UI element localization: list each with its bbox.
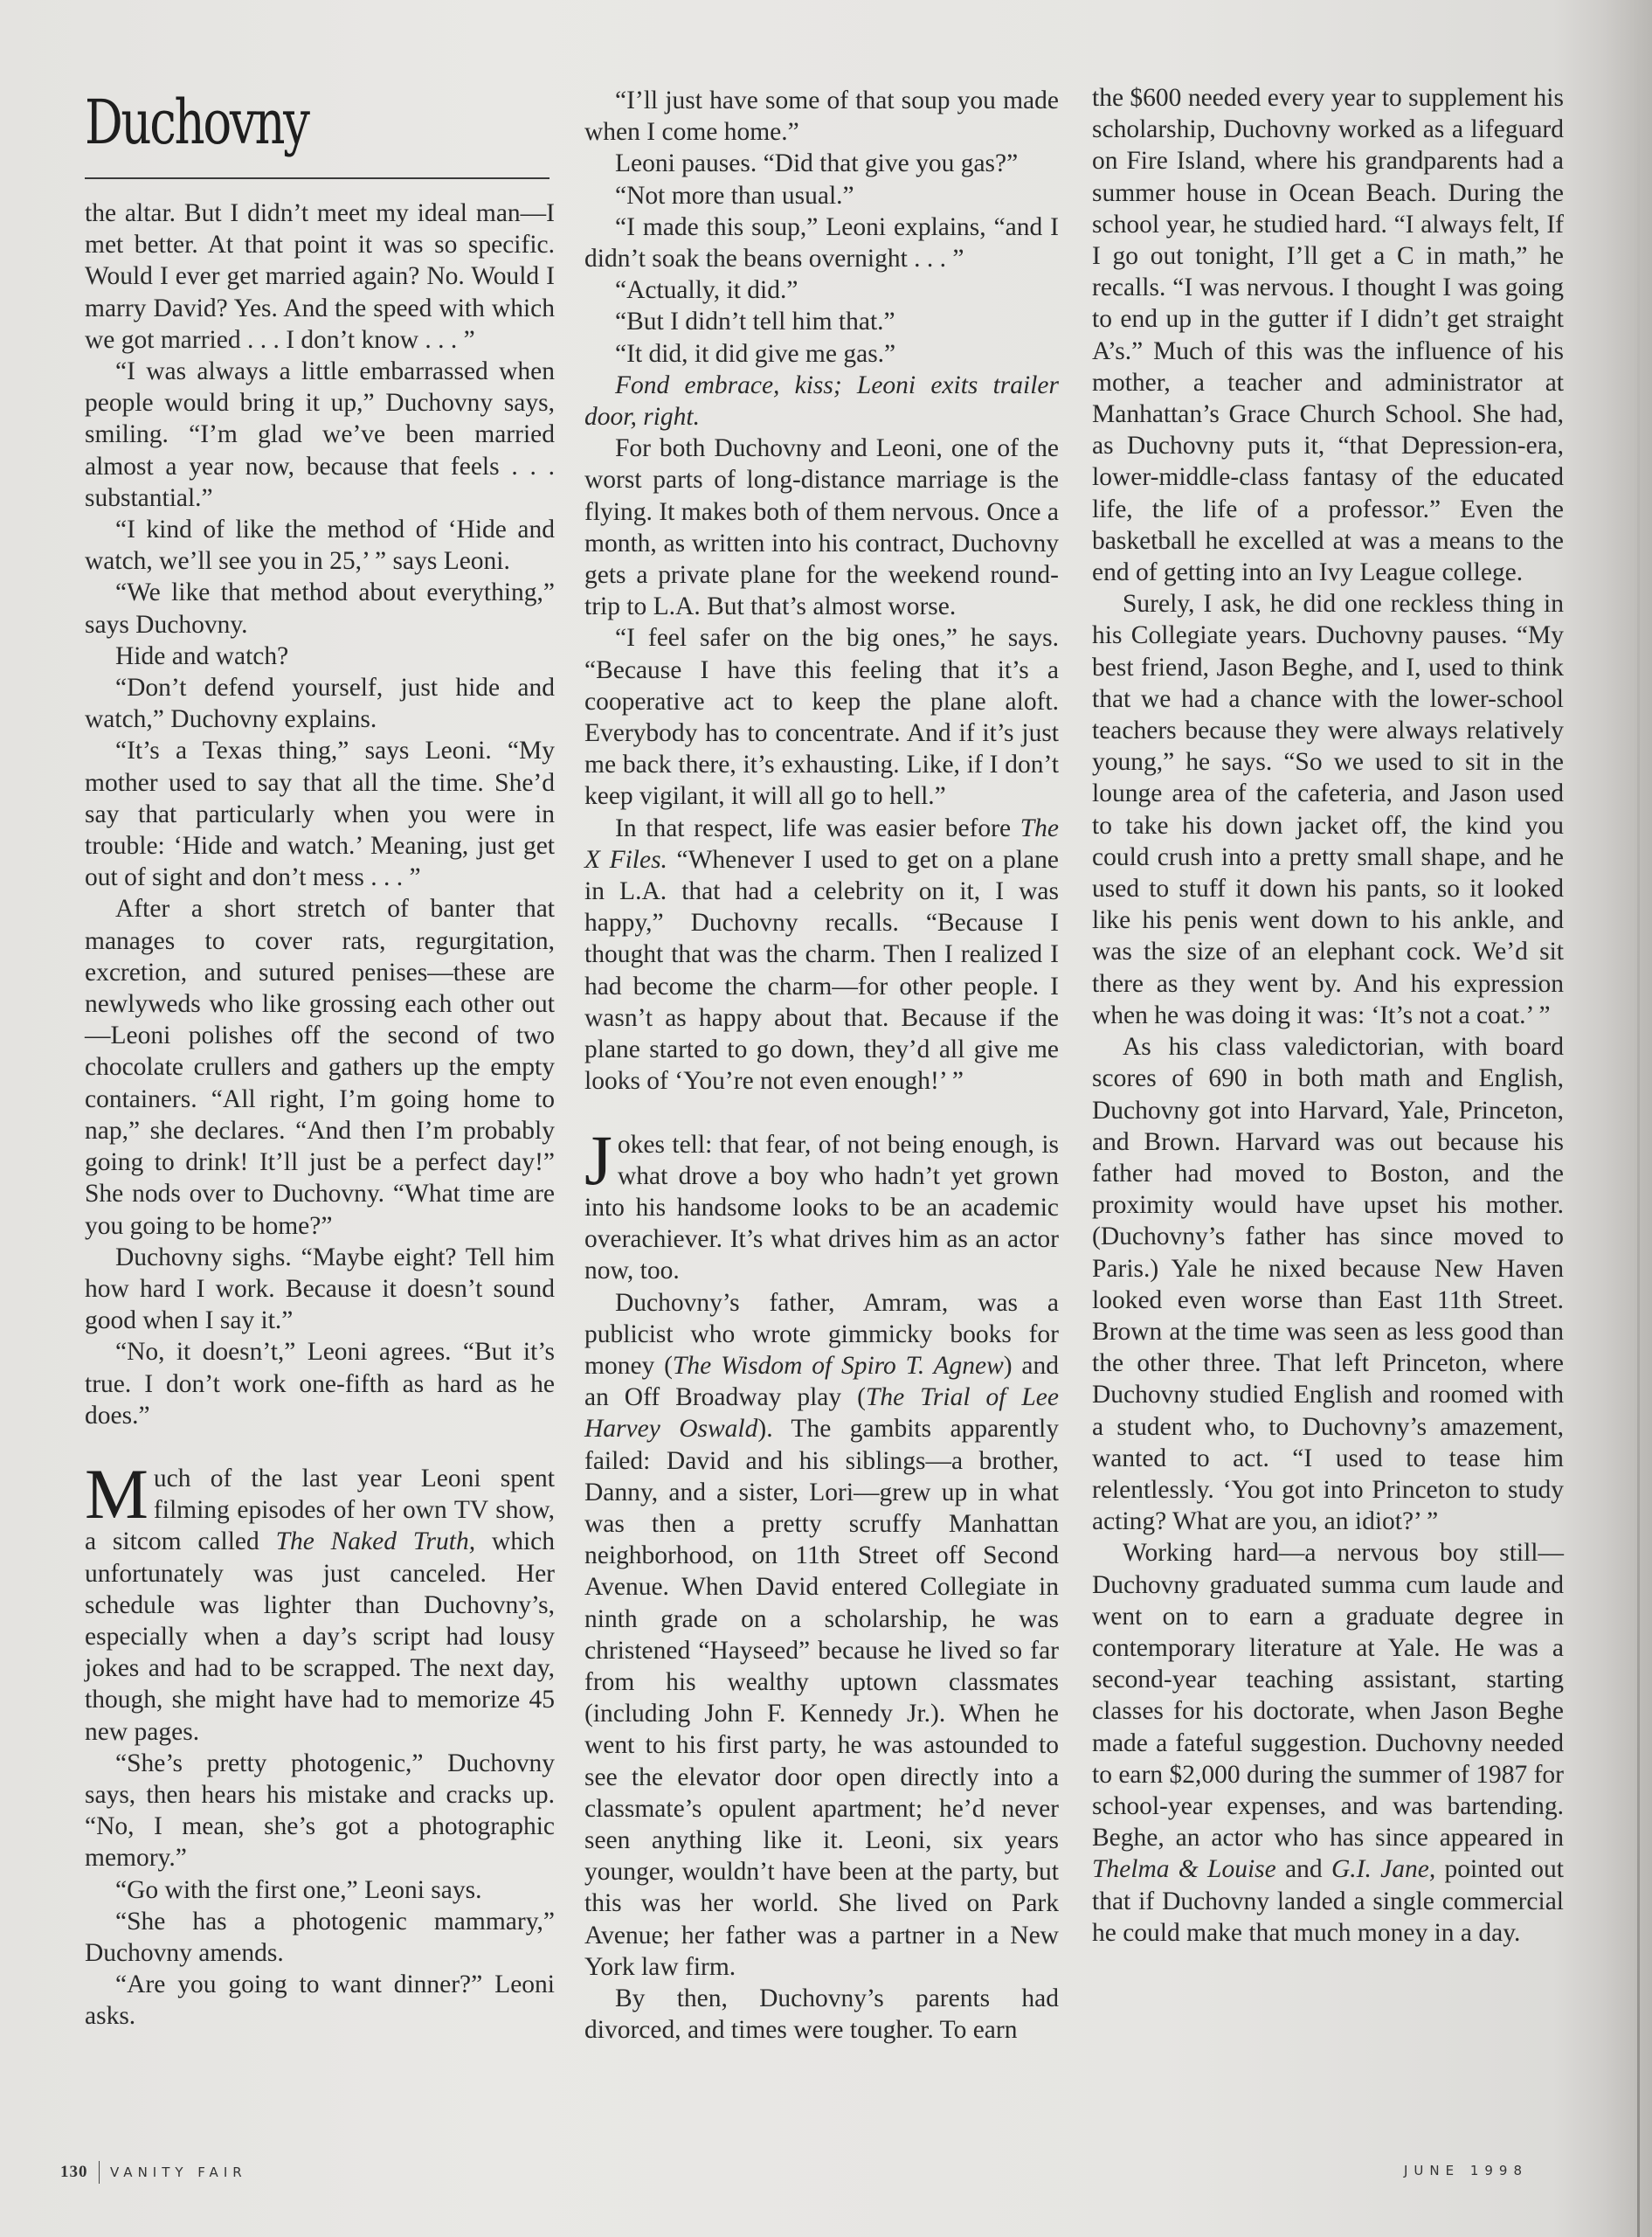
page-number: 130 [60, 2163, 88, 2182]
paragraph: “We like that method about everything,” … [85, 577, 555, 640]
paragraph: After a short stretch of banter that man… [85, 893, 555, 1241]
paragraph: “It did, it did give me gas.” [584, 338, 1059, 370]
show-title: The Naked Truth, [276, 1527, 476, 1555]
paragraph: “But I didn’t tell him that.” [584, 306, 1059, 337]
paragraph: “Are you going to want dinner?” Leoni as… [85, 1969, 555, 2032]
paragraph: Surely, I ask, he did one reckless thing… [1092, 588, 1564, 1031]
paragraph: Hide and watch? [85, 641, 555, 672]
paragraph: Leoni pauses. “Did that give you gas?” [584, 148, 1059, 179]
drop-cap: J [584, 1132, 612, 1188]
paragraph: “I feel safer on the big ones,” he says.… [584, 622, 1059, 812]
paragraph: “Go with the first one,” Leoni says. [85, 1874, 555, 1906]
paragraph: “No, it doesn’t,” Leoni agrees. “But it’… [85, 1336, 555, 1431]
section-header: Duchovny [85, 92, 548, 179]
paragraph: “I made this soup,” Leoni explains, “and… [584, 211, 1059, 274]
page-footer-left: 130 VANITY FAIR [60, 2161, 247, 2184]
page-gutter-shadow [1637, 0, 1640, 2237]
paragraph: “I kind of like the method of ‘Hide and … [85, 514, 555, 577]
paragraph: “Not more than usual.” [584, 180, 1059, 211]
paragraph: the altar. But I didn’t meet my ideal ma… [85, 197, 555, 356]
article-column-2: “I’ll just have some of that soup you ma… [584, 85, 1059, 2046]
paragraph: “I’ll just have some of that soup you ma… [584, 85, 1059, 148]
paragraph: “She has a photogenic mammary,” Duchovny… [85, 1906, 555, 1969]
footer-divider [99, 2161, 100, 2184]
paragraph: “She’s pretty photogenic,” Duchovny says… [85, 1748, 555, 1874]
paragraph: Duchovny’s father, Amram, was a publicis… [584, 1287, 1059, 1983]
section-title: Duchovny [85, 92, 446, 170]
paragraph: Duchovny sighs. “Maybe eight? Tell him h… [85, 1242, 555, 1337]
paragraph: In that respect, life was easier before … [584, 813, 1059, 1098]
paragraph: For both Duchovny and Leoni, one of the … [584, 433, 1059, 622]
paragraph: As his class valedictorian, with board s… [1092, 1031, 1564, 1537]
magazine-name: VANITY FAIR [110, 2164, 247, 2180]
paragraph: “Actually, it did.” [584, 274, 1059, 306]
film-title: Thelma & Louise [1092, 1855, 1276, 1883]
paragraph: “It’s a Texas thing,” says Leoni. “My mo… [85, 735, 555, 893]
issue-date: JUNE 1998 [1404, 2163, 1528, 2178]
title-rule [85, 177, 550, 179]
paragraph: By then, Duchovny’s parents had divorced… [584, 1983, 1059, 2046]
article-column-1: the altar. But I didn’t meet my ideal ma… [85, 197, 555, 2033]
drop-cap: M [85, 1466, 149, 1522]
film-title: G.I. Jane, [1331, 1855, 1435, 1883]
paragraph: Working hard—a nervous boy still—Duchovn… [1092, 1537, 1564, 1949]
article-column-3: the $600 needed every year to supplement… [1092, 82, 1564, 1949]
paragraph: the $600 needed every year to supplement… [1092, 82, 1564, 588]
book-title: The Wisdom of Spiro T. Agnew [673, 1352, 1004, 1380]
section-opening-paragraph: Jokes tell: that fear, of not being enou… [584, 1129, 1059, 1287]
paragraph: “Don’t defend yourself, just hide and wa… [85, 672, 555, 735]
section-opening-paragraph: Much of the last year Leoni spent filmin… [85, 1463, 555, 1748]
stage-direction: Fond embrace, kiss; Leoni exits trailer … [584, 370, 1059, 433]
paragraph: “I was always a little embarrassed when … [85, 356, 555, 514]
